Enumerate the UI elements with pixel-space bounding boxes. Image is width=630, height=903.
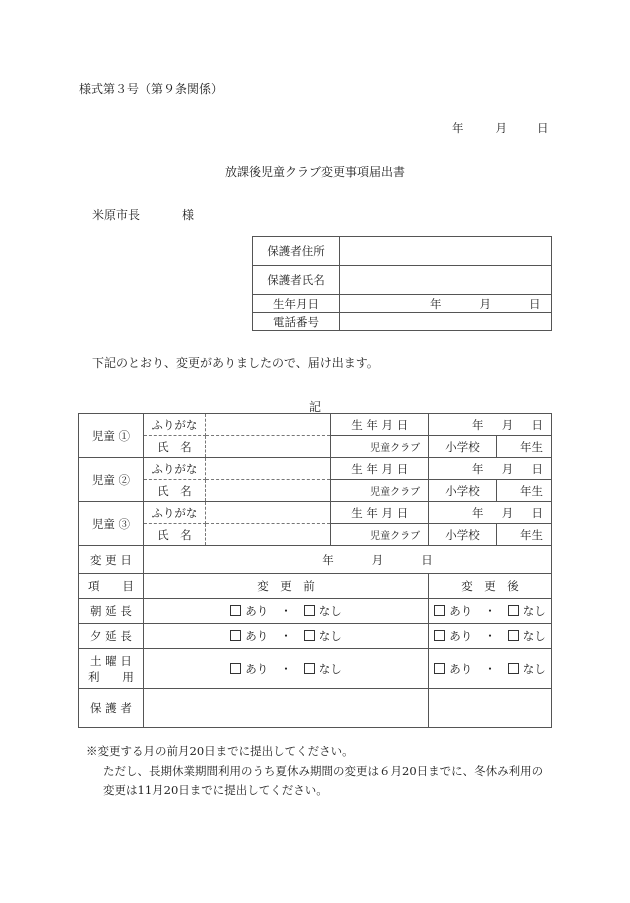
- date-day: 日: [537, 120, 549, 136]
- month-label: 月: [372, 553, 384, 567]
- change-date-row: 変 更 日 年月日: [79, 546, 552, 574]
- checkbox-icon: [230, 630, 241, 641]
- guardian-row-label: 保 護 者: [79, 689, 144, 728]
- year-label: 年: [472, 418, 484, 432]
- no-label: なし: [319, 662, 342, 676]
- furigana-label: ふりがな: [143, 458, 205, 480]
- child-2-name-field[interactable]: [205, 480, 331, 502]
- form-number: 様式第３号（第９条関係）: [79, 80, 223, 97]
- child-3-name-row: 氏 名 児童クラブ 小学校 年生: [79, 524, 552, 546]
- checkbox-icon: [508, 663, 519, 674]
- guardian-birthdate-label: 生年月日: [253, 295, 340, 313]
- child-3-club-field[interactable]: 児童クラブ: [331, 524, 429, 546]
- no-label: なし: [319, 629, 342, 643]
- saturday-after-options: あり・なし: [429, 649, 552, 689]
- no-label: なし: [523, 629, 546, 643]
- saturday-before-no-checkbox[interactable]: なし: [304, 661, 342, 677]
- saturday-after-yes-checkbox[interactable]: あり: [434, 661, 472, 677]
- saturday-after-no-checkbox[interactable]: なし: [508, 661, 546, 677]
- morning-after-yes-checkbox[interactable]: あり: [434, 603, 472, 619]
- birthdate-label: 生 年 月 日: [331, 458, 429, 480]
- after-header: 変 更 後: [429, 574, 552, 599]
- child-2-name-row: 氏 名 児童クラブ 小学校 年生: [79, 480, 552, 502]
- year-label: 年: [472, 506, 484, 520]
- name-label: 氏 名: [143, 524, 205, 546]
- note-line-1: ※変更する月の前月20日までに提出してください。: [86, 743, 354, 759]
- morning-before-options: あり・なし: [143, 599, 428, 624]
- child-3-grade-field[interactable]: 年生: [497, 524, 552, 546]
- items-label: 項 目: [79, 574, 144, 599]
- yes-label: あり: [245, 629, 268, 643]
- honorific: 様: [182, 206, 194, 223]
- morning-before-no-checkbox[interactable]: なし: [304, 603, 342, 619]
- checkbox-icon: [304, 663, 315, 674]
- child-3-label: 児童 ③: [79, 502, 144, 546]
- child-2-club-field[interactable]: 児童クラブ: [331, 480, 429, 502]
- saturday-before-options: あり・なし: [143, 649, 428, 689]
- separator: ・: [280, 603, 292, 619]
- change-date-label: 変 更 日: [79, 546, 144, 574]
- birth-year: 年: [430, 296, 442, 312]
- month-label: 月: [502, 462, 514, 476]
- child-3-school-field[interactable]: 小学校: [429, 524, 497, 546]
- checkbox-icon: [508, 630, 519, 641]
- yes-label: あり: [245, 662, 268, 676]
- birthdate-label: 生 年 月 日: [331, 502, 429, 524]
- furigana-label: ふりがな: [143, 414, 205, 436]
- guardian-phone-field[interactable]: [340, 313, 552, 331]
- saturday-use-label: 土 曜 日 利 用: [79, 649, 144, 689]
- year-label: 年: [472, 462, 484, 476]
- checkbox-icon: [304, 605, 315, 616]
- day-label: 日: [421, 553, 433, 567]
- change-date-field[interactable]: 年月日: [143, 546, 551, 574]
- year-label: 年: [322, 553, 334, 567]
- guardian-name-field[interactable]: [340, 266, 552, 295]
- change-details-table: 児童 ① ふりがな 生 年 月 日 年 月 日 氏 名 児童クラブ 小学校 年生…: [78, 413, 552, 728]
- yes-label: あり: [245, 604, 268, 618]
- checkbox-icon: [434, 630, 445, 641]
- child-1-furigana-row: 児童 ① ふりがな 生 年 月 日 年 月 日: [79, 414, 552, 436]
- checkbox-icon: [508, 605, 519, 616]
- guardian-phone-label: 電話番号: [253, 313, 340, 331]
- month-label: 月: [502, 418, 514, 432]
- separator: ・: [280, 661, 292, 677]
- morning-extension-label: 朝 延 長: [79, 599, 144, 624]
- child-1-name-field[interactable]: [205, 436, 331, 458]
- guardian-info-table: 保護者住所 保護者氏名 生年月日 年月日 電話番号: [252, 236, 552, 331]
- day-label: 日: [532, 506, 544, 520]
- checkbox-icon: [230, 663, 241, 674]
- day-label: 日: [532, 462, 544, 476]
- date-year: 年: [452, 120, 464, 136]
- evening-before-options: あり・なし: [143, 624, 428, 649]
- addressee: 米原市長様: [92, 206, 194, 223]
- birth-month: 月: [480, 296, 492, 312]
- evening-before-no-checkbox[interactable]: なし: [304, 628, 342, 644]
- child-1-school-field[interactable]: 小学校: [429, 436, 497, 458]
- note-line-2: ただし、長期休業期間利用のうち夏休み期間の変更は６月20日までに、冬休み利用の: [103, 763, 543, 779]
- child-2-school-field[interactable]: 小学校: [429, 480, 497, 502]
- addressee-name: 米原市長: [92, 208, 140, 222]
- guardian-birthdate-field[interactable]: 年月日: [340, 295, 552, 313]
- yes-label: あり: [449, 662, 472, 676]
- name-label: 氏 名: [143, 436, 205, 458]
- child-1-club-field[interactable]: 児童クラブ: [331, 436, 429, 458]
- guardian-before-field[interactable]: [143, 689, 428, 728]
- child-2-label: 児童 ②: [79, 458, 144, 502]
- separator: ・: [484, 603, 496, 619]
- no-label: なし: [523, 604, 546, 618]
- yes-label: あり: [449, 604, 472, 618]
- day-label: 日: [532, 418, 544, 432]
- saturday-label-line2: 利 用: [79, 669, 143, 685]
- child-3-furigana-field[interactable]: [205, 502, 331, 524]
- child-1-label: 児童 ①: [79, 414, 144, 458]
- child-1-name-row: 氏 名 児童クラブ 小学校 年生: [79, 436, 552, 458]
- saturday-use-row: 土 曜 日 利 用 あり・なし あり・なし: [79, 649, 552, 689]
- birthdate-label: 生 年 月 日: [331, 414, 429, 436]
- child-3-furigana-row: 児童 ③ ふりがな 生 年 月 日 年 月 日: [79, 502, 552, 524]
- child-3-birthdate-field[interactable]: 年 月 日: [429, 502, 552, 524]
- evening-after-options: あり・なし: [429, 624, 552, 649]
- note-line-3: 変更は11月20日までに提出してください。: [103, 782, 328, 798]
- saturday-before-yes-checkbox[interactable]: あり: [230, 661, 268, 677]
- guardian-after-field[interactable]: [429, 689, 552, 728]
- evening-before-yes-checkbox[interactable]: あり: [230, 628, 268, 644]
- child-1-birthdate-field[interactable]: 年 月 日: [429, 414, 552, 436]
- saturday-label-line1: 土 曜 日: [79, 653, 143, 669]
- separator: ・: [484, 661, 496, 677]
- guardian-address-label: 保護者住所: [253, 237, 340, 266]
- checkbox-icon: [434, 663, 445, 674]
- evening-after-no-checkbox[interactable]: なし: [508, 628, 546, 644]
- submission-date: 年月日: [452, 120, 549, 136]
- yes-label: あり: [449, 629, 472, 643]
- furigana-label: ふりがな: [143, 502, 205, 524]
- child-2-furigana-field[interactable]: [205, 458, 331, 480]
- morning-after-options: あり・なし: [429, 599, 552, 624]
- document-title: 放課後児童クラブ変更事項届出書: [0, 163, 630, 180]
- morning-extension-row: 朝 延 長 あり・なし あり・なし: [79, 599, 552, 624]
- guardian-row: 保 護 者: [79, 689, 552, 728]
- child-1-furigana-field[interactable]: [205, 414, 331, 436]
- name-label: 氏 名: [143, 480, 205, 502]
- separator: ・: [484, 628, 496, 644]
- guardian-name-label: 保護者氏名: [253, 266, 340, 295]
- before-header: 変 更 前: [143, 574, 428, 599]
- birth-day: 日: [529, 296, 541, 312]
- child-1-grade-field[interactable]: 年生: [497, 436, 552, 458]
- intro-text: 下記のとおり、変更がありましたので、届け出ます。: [92, 354, 379, 371]
- evening-extension-row: 夕 延 長 あり・なし あり・なし: [79, 624, 552, 649]
- evening-extension-label: 夕 延 長: [79, 624, 144, 649]
- child-2-grade-field[interactable]: 年生: [497, 480, 552, 502]
- checkbox-icon: [230, 605, 241, 616]
- guardian-address-field[interactable]: [340, 237, 552, 266]
- child-2-birthdate-field[interactable]: 年 月 日: [429, 458, 552, 480]
- no-label: なし: [319, 604, 342, 618]
- checkbox-icon: [304, 630, 315, 641]
- child-3-name-field[interactable]: [205, 524, 331, 546]
- month-label: 月: [502, 506, 514, 520]
- items-header-row: 項 目 変 更 前 変 更 後: [79, 574, 552, 599]
- separator: ・: [280, 628, 292, 644]
- morning-after-no-checkbox[interactable]: なし: [508, 603, 546, 619]
- morning-before-yes-checkbox[interactable]: あり: [230, 603, 268, 619]
- no-label: なし: [523, 662, 546, 676]
- date-month: 月: [496, 120, 508, 136]
- checkbox-icon: [434, 605, 445, 616]
- evening-after-yes-checkbox[interactable]: あり: [434, 628, 472, 644]
- child-2-furigana-row: 児童 ② ふりがな 生 年 月 日 年 月 日: [79, 458, 552, 480]
